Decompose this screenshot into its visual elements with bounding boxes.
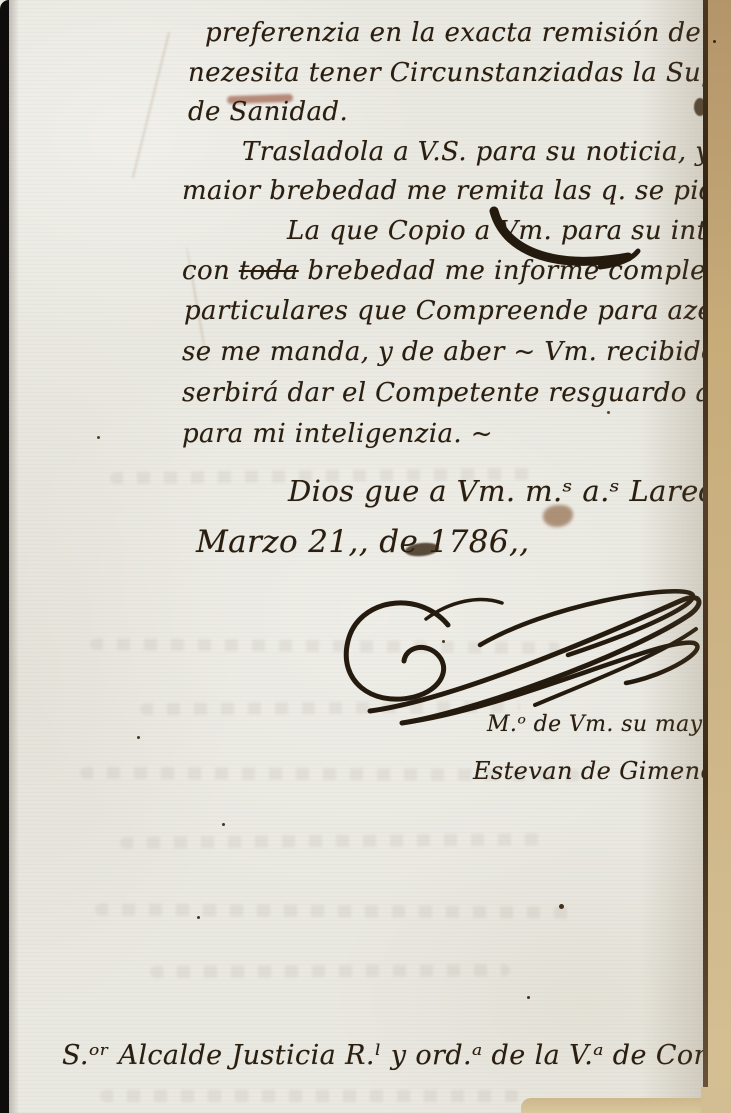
manuscript-page: preferenzia en la exacta remisión de est… (0, 0, 731, 1113)
scan-left-border (0, 0, 9, 1113)
paper-crease (132, 32, 170, 178)
address-line: S.ᵒʳ Alcalde Justicia R.ˡ y ord.ᵃ de la … (62, 1040, 731, 1071)
page-curvature-shadow (640, 0, 704, 1113)
scan-left-shadow (9, 0, 19, 1113)
ink-swash (480, 205, 645, 285)
show-through (95, 903, 575, 918)
edge-specks (713, 40, 716, 43)
bottom-corner-edge (701, 1087, 731, 1113)
show-through (120, 833, 550, 849)
bottom-book-edge (521, 1098, 711, 1113)
show-through (100, 1090, 520, 1102)
line-pre: con (182, 256, 239, 286)
book-edge-strip (708, 0, 731, 1113)
manuscript-line: para mi inteligenzia. ~ (182, 419, 493, 449)
struck-word: toda (239, 256, 299, 286)
brown-stain (543, 505, 573, 527)
manuscript-line: de Sanidad. (188, 97, 348, 127)
show-through (150, 964, 510, 978)
foxing-specks (137, 736, 140, 739)
closing-date: Marzo 21,, de 1786,, (196, 524, 530, 560)
